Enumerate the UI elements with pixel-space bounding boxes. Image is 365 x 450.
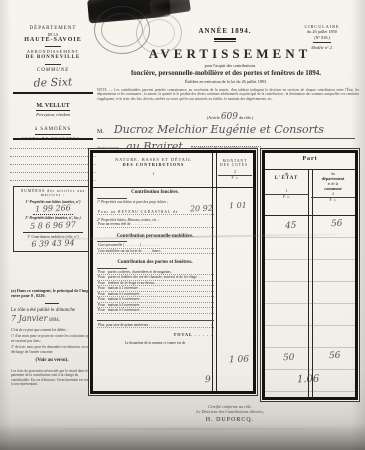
publication-day: dimanche: [56, 308, 75, 313]
nature-col-index: 1: [93, 172, 214, 176]
etat-value-handwritten: 45: [285, 221, 297, 231]
montant-header: MONTANT DES COTES. 2 F. c.: [218, 159, 252, 181]
publication-date-handwritten: 7 Janvier: [11, 314, 47, 323]
percepteur-name: M. VELLUT: [36, 103, 69, 112]
dept-fc: F. c.: [311, 197, 355, 202]
arrondissement-name: DE BONNEVILLE: [10, 55, 96, 62]
frais-note: Les frais de poursuites nécessités par l…: [11, 369, 93, 387]
douzieme-handwritten: 9: [205, 375, 211, 385]
percepteur-title: Percepteur, résidant: [10, 112, 96, 117]
matrice-item-value-handwritten: 5 8 6 96 97: [16, 220, 90, 232]
delais-intro: C'est de ce jour que courent les délais …: [11, 328, 93, 332]
footer-block: Certifié conforme au rôle. Le Directeur …: [150, 404, 310, 424]
dept-value-handwritten: 56: [331, 219, 343, 229]
blank-line: [10, 149, 96, 157]
departement-name: HAUTE-SAVOIE: [10, 37, 96, 45]
m-label: M.: [97, 129, 104, 135]
publication-line: Le rôle a été publié le dimanche 7 Janvi…: [11, 308, 93, 325]
note-a-text: (a) Dans ce contingent, le principal de …: [11, 288, 93, 299]
montant-header-l2: DES COTES.: [218, 163, 252, 167]
etat-index: 1: [265, 189, 308, 193]
blank-line: [10, 165, 96, 173]
delais-2: 2° de trois mois pour les demandes en ré…: [11, 345, 93, 354]
blank-line: [10, 141, 96, 149]
taxpayer-name-handwritten: Ducroz Melchior Eugénie et Consorts: [114, 123, 324, 136]
circulaire-l3: (N° 818.): [288, 35, 356, 40]
percepteur-place: à SAMOËNS: [35, 127, 71, 135]
fonciere-r1: Pour un REVENU CADASTRAL de 20 92: [97, 204, 214, 215]
dept-index: 2: [311, 192, 355, 196]
part-ruling: [265, 216, 355, 397]
dept-total-handwritten: 56: [329, 351, 341, 361]
nature-header-l2: DES CONTRIBUTIONS: [93, 162, 214, 167]
jours-recettes-block: JOURS DE RECETTES :: [10, 136, 96, 181]
revenu-cadastral-handwritten: 20 92: [190, 204, 213, 215]
nota-text: NOTA. — Les contribuables peuvent prendr…: [97, 88, 359, 101]
etat-total-handwritten: 50: [283, 353, 295, 363]
douzieme-label: Le douzième de la somme ci-contre est de: [125, 341, 186, 345]
law-line: Établies en exécution de la loi du 26 ju…: [92, 79, 360, 84]
part-title: Part: [265, 156, 355, 164]
publication-year: 1894.: [49, 318, 60, 323]
matrice-title: NUMÉROS des articles aux matrices :: [16, 189, 90, 198]
grand-total-handwritten: 1.06: [297, 374, 320, 386]
table-body: Contribution foncière. 1° Propriétés non…: [93, 190, 217, 345]
plus-value: »: [211, 323, 213, 327]
montant-fonciere-handwritten: 1 01: [229, 201, 247, 211]
page-title: AVERTISSEMENT: [110, 46, 350, 62]
montant-total-handwritten: 1 06: [229, 355, 249, 366]
etat-fc: F. c.: [265, 194, 308, 199]
montant-col-index: 2: [218, 170, 252, 174]
contributions-table: NATURE, BASES ET DÉTAIL DES CONTRIBUTION…: [92, 152, 254, 392]
fonciere-r2-l2: Pour un revenu réel de . . . . . . . . .…: [98, 222, 213, 226]
annee: ANNÉE 1894.: [150, 27, 300, 36]
dept-header: du département et de la commune 2 F. c.: [311, 172, 355, 203]
department-block: DÉPARTEMENT DE LA HAUTE-SAVOIE ARRONDISS…: [10, 26, 96, 140]
matrice-item-value-handwritten: 1 99 266: [16, 203, 90, 215]
nature-header: NATURE, BASES ET DÉTAIL DES CONTRIBUTION…: [93, 157, 214, 176]
document-page: DÉPARTEMENT DE LA HAUTE-SAVOIE ARRONDISS…: [0, 0, 365, 450]
blank-line: [10, 173, 96, 181]
etat-label: L'ÉTAT: [265, 176, 308, 183]
plus-row: Plus, pour taxe de prime antérieure . . …: [97, 320, 214, 328]
mobiliere-r2: Cote mobilière sur un loyer de . . . . .…: [97, 249, 214, 254]
subject-block: foncière, personnelle-mobilière et des p…: [92, 69, 360, 84]
blank-line: [10, 157, 96, 165]
delais-1: 1° d'un mois pour se pourvoir contre les…: [11, 334, 93, 343]
note-a-block: (a) Dans ce contingent, le principal de …: [11, 288, 93, 387]
header-underline: [93, 187, 253, 188]
voir-verso: (Voir au verso).: [11, 358, 93, 365]
part-table: Part de L'ÉTAT 1 F. c. du département et…: [264, 152, 356, 398]
fonciere-title: Contribution foncière.: [93, 190, 217, 197]
portes-title: Contribution des portes et fenêtres.: [93, 260, 217, 267]
jours-label: JOURS DE RECETTES :: [10, 136, 96, 141]
subtitle: pour l'acquit des contributions: [110, 63, 350, 68]
commune-value-handwritten: de Sixt: [10, 74, 96, 90]
annee-block: ANNÉE 1894.: [150, 27, 300, 42]
matrice-box: NUMÉROS des articles aux matrices : 1° P…: [13, 186, 93, 252]
montant-fc: F. c.: [218, 175, 252, 180]
subject-line: foncière, personnelle-mobilière et des p…: [92, 69, 360, 78]
publication-text: Le rôle a été publié le: [11, 308, 54, 313]
total-label: TOTAL . . . . .: [173, 332, 213, 337]
portes-row: Pourmaison à 5 ouvertures . . . . . . . …: [97, 308, 214, 313]
bottom-shadow: [0, 424, 365, 450]
nota-block: NOTA. — Les contribuables peuvent prendr…: [97, 88, 359, 101]
total-row: TOTAL . . . . .: [97, 332, 214, 337]
douzieme-row: Le douzième de la somme ci-contre est de: [93, 341, 217, 345]
fonciere-r2: Pour un revenu réel de . . . . . . . . .…: [97, 222, 214, 227]
title-block: AVERTISSEMENT pour l'acquit des contribu…: [110, 46, 350, 68]
director-line: Le Directeur des Contributions directes,: [150, 409, 310, 414]
etat-header: de L'ÉTAT 1 F. c.: [265, 172, 308, 200]
fonciere-r1-l2: Pour un REVENU CADASTRAL de: [98, 210, 190, 214]
